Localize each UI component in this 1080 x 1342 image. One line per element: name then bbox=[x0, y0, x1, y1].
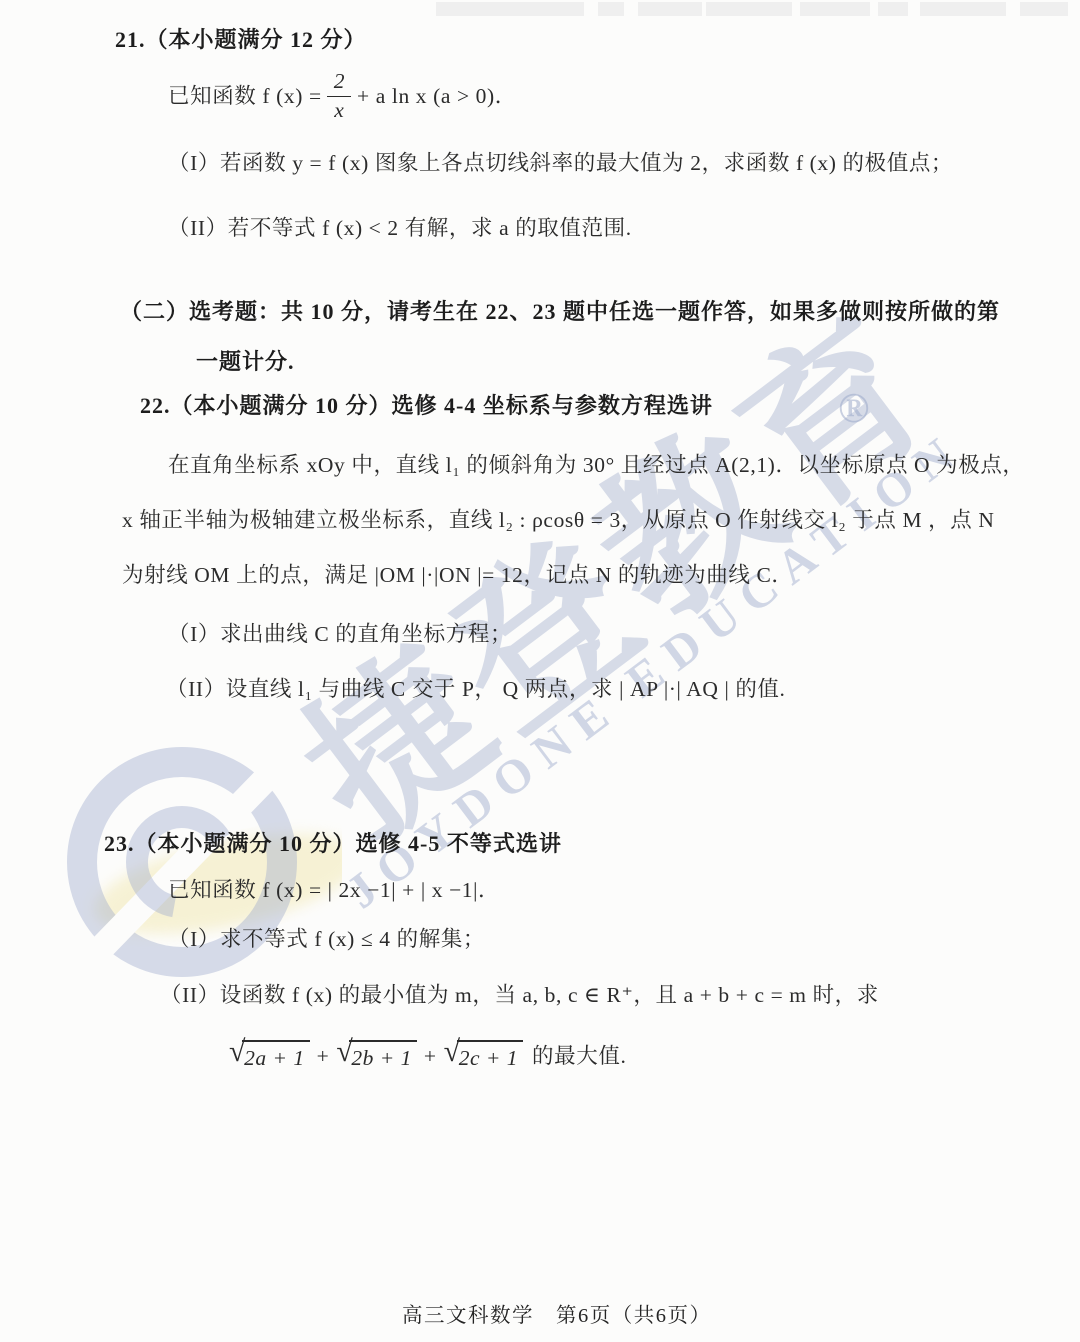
q22-paragraph-line1: 在直角坐标系 xOy 中，直线 l₁ 的倾斜角为 30° 且经过点 A(2,1)… bbox=[168, 452, 1025, 479]
plus-sign: + bbox=[424, 1043, 437, 1070]
registered-trademark-icon: ® bbox=[838, 385, 869, 433]
sqrt-term-c: √ 2c + 1 bbox=[444, 1040, 523, 1072]
q21-part1: （I）若函数 y = f (x) 图象上各点切线斜率的最大值为 2，求函数 f … bbox=[168, 150, 953, 177]
exam-page: 捷登教育 JOYDONE EDUCATION ® 21.（本小题满分 12 分）… bbox=[0, 0, 1080, 1342]
q23-intro: 已知函数 f (x) = | 2x −1| + | x −1|． bbox=[168, 877, 500, 904]
q23-sqrt-expression: √ 2a + 1 + √ 2b + 1 + √ 2c + 1 的最大值. bbox=[228, 1040, 626, 1072]
section2-notice-line1: （二）选考题：共 10 分，请考生在 22、23 题中任选一题作答，如果多做则按… bbox=[120, 298, 1000, 326]
q22-paragraph-line3: 为射线 OM 上的点，满足 |OM |·|ON |= 12，记点 N 的轨迹为曲… bbox=[122, 562, 794, 589]
radical-icon: √ bbox=[229, 1037, 246, 1067]
page-footer: 高三文科数学 第6页（共6页） bbox=[402, 1298, 712, 1328]
q21-header: 21.（本小题满分 12 分） bbox=[115, 26, 367, 54]
sqrt-term-b: √ 2b + 1 bbox=[336, 1040, 417, 1072]
radical-icon: √ bbox=[336, 1037, 353, 1067]
q21-intro-prefix: 已知函数 f (x) = bbox=[168, 83, 322, 110]
joydone-logo-icon bbox=[32, 712, 342, 1012]
q23-sqrt-tail: 的最大值. bbox=[532, 1043, 626, 1070]
q22-paragraph-line2: x 轴正半轴为极轴建立极坐标系，直线 l₂ : ρcosθ = 3，从原点 O … bbox=[122, 507, 994, 534]
section2-notice-line2: 一题计分. bbox=[196, 348, 295, 376]
q23-part2: （II）设函数 f (x) 的最小值为 m，当 a, b, c ∈ R⁺，且 a… bbox=[160, 982, 879, 1009]
sqrt-term-a: √ 2a + 1 bbox=[229, 1040, 310, 1072]
scan-artifact-strip bbox=[0, 2, 1080, 18]
radical-icon: √ bbox=[444, 1037, 461, 1067]
fraction-denominator: x bbox=[327, 96, 351, 122]
q21-part2: （II）若不等式 f (x) < 2 有解，求 a 的取值范围. bbox=[168, 215, 632, 242]
q23-header: 23.（本小题满分 10 分）选修 4-5 不等式选讲 bbox=[104, 830, 562, 858]
q23-part1: （I）求不等式 f (x) ≤ 4 的解集； bbox=[168, 926, 485, 953]
q22-part1: （I）求出曲线 C 的直角坐标方程； bbox=[168, 621, 512, 648]
fraction-2-over-x: 2 x bbox=[327, 71, 352, 121]
fraction-numerator: 2 bbox=[327, 71, 352, 96]
q21-intro-suffix: + a ln x (a > 0)． bbox=[357, 83, 517, 110]
q22-header: 22.（本小题满分 10 分）选修 4-4 坐标系与参数方程选讲 bbox=[140, 392, 713, 420]
q22-part2: （II）设直线 l₁ 与曲线 C 交于 P， Q 两点，求 | AP |·| A… bbox=[166, 676, 786, 703]
plus-sign: + bbox=[317, 1043, 330, 1070]
q21-intro-formula: 已知函数 f (x) = 2 x + a ln x (a > 0)． bbox=[168, 68, 517, 124]
